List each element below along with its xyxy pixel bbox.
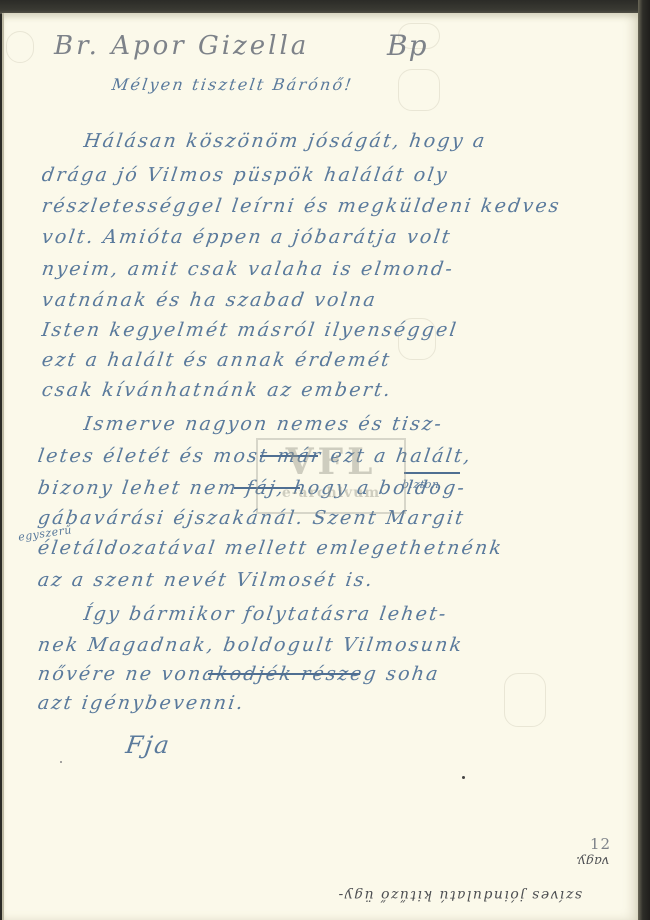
letter-page: Br. Apor Gizella Bp Mélyen tisztelt Báró… bbox=[2, 13, 638, 920]
letter-line: Hálásan köszönöm jóságát, hogy a bbox=[82, 130, 488, 152]
letter-line: Ismerve nagyon nemes és tisz- bbox=[82, 413, 444, 435]
ink-speck bbox=[462, 776, 465, 779]
letter-line: drága jó Vilmos püspök halálát oly bbox=[40, 164, 450, 186]
strikethrough-mark bbox=[208, 673, 360, 675]
archive-watermark: VFL e-archivum bbox=[256, 438, 406, 514]
pencil-place-note: Bp bbox=[387, 29, 428, 62]
letter-line: nyeim, amit csak valaha is elmond- bbox=[40, 258, 455, 280]
letter-line: életáldozatával mellett emlegethetnénk bbox=[36, 537, 504, 559]
scan-top-edge bbox=[0, 0, 650, 14]
letter-line: ezt a halált és annak érdemét bbox=[40, 349, 392, 371]
watermark-subtitle: e-archivum bbox=[258, 484, 404, 502]
upside-down-note-line: vagy. bbox=[576, 853, 609, 868]
pencil-recipient-note: Br. Apor Gizella bbox=[54, 31, 309, 61]
letter-line: az a szent nevét Vilmosét is. bbox=[36, 569, 375, 591]
salutation: Mélyen tisztelt Bárónő! bbox=[111, 75, 355, 94]
watermark-title: VFL bbox=[258, 440, 404, 484]
page-number: 12 bbox=[590, 835, 611, 853]
bleed-through-mark bbox=[6, 31, 34, 63]
signature: Fja bbox=[124, 731, 173, 759]
page-left-edge bbox=[2, 13, 4, 920]
letter-line: csak kívánhatnánk az embert. bbox=[40, 379, 393, 401]
upside-down-note-line: szíves jóindulatú kitűző ügy- bbox=[337, 887, 582, 903]
bleed-through-mark bbox=[504, 673, 546, 727]
letter-line: Így bármikor folytatásra lehet- bbox=[82, 603, 449, 625]
letter-line: vatnának és ha szabad volna bbox=[40, 289, 378, 311]
letter-line: nek Magadnak, boldogult Vilmosunk bbox=[36, 634, 464, 656]
strikethrough-mark bbox=[404, 472, 460, 474]
ink-speck bbox=[60, 761, 62, 763]
letter-line: volt. Amióta éppen a jóbarátja volt bbox=[40, 226, 453, 248]
scan-right-edge bbox=[638, 0, 650, 920]
interlinear-insertion: bizton bbox=[401, 478, 440, 491]
letter-line: azt igénybevenni. bbox=[36, 692, 246, 714]
letter-line: részletességgel leírni és megküldeni ked… bbox=[40, 195, 562, 217]
letter-line: Isten kegyelmét másról ilyenséggel bbox=[40, 319, 459, 341]
bleed-through-mark bbox=[398, 69, 440, 111]
